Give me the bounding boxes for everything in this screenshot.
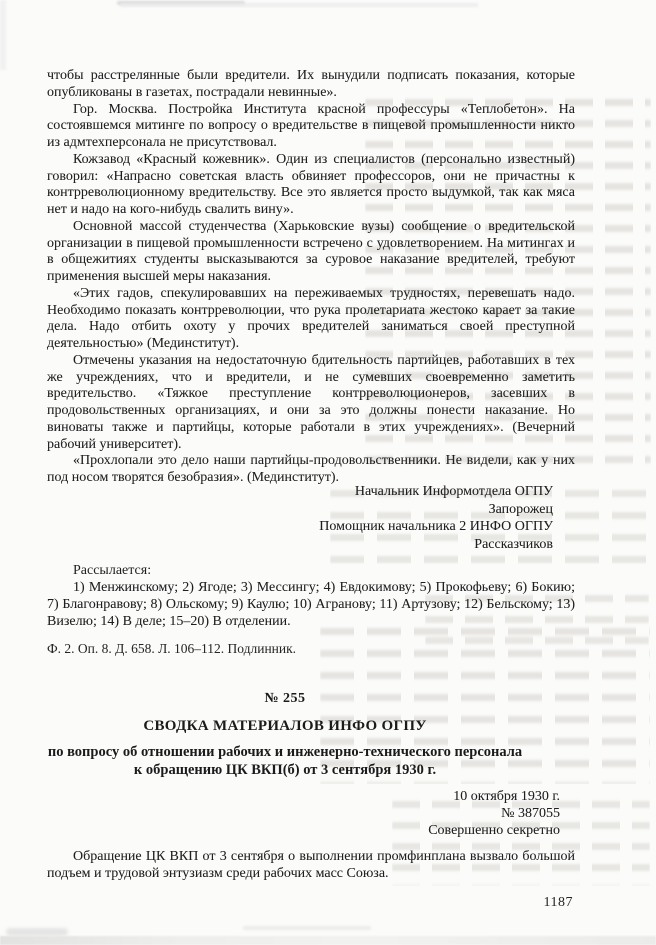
document-ref-number: № 387055 (47, 805, 560, 822)
paragraph: чтобы расстрелянные были вредители. Их в… (47, 68, 575, 102)
scan-band-bottom (0, 936, 656, 945)
signature-title: Помощник начальника 2 ИНФО ОГПУ (47, 518, 553, 536)
document-number: № 255 (47, 691, 523, 707)
document-title-line-1: СВОДКА МАТЕРИАЛОВ ИНФО ОГПУ (47, 718, 523, 735)
paragraph: «Этих гадов, спекулировавших на пережива… (47, 286, 575, 353)
next-document-header: № 255 СВОДКА МАТЕРИАЛОВ ИНФО ОГПУ по воп… (47, 691, 575, 779)
document-meta-block: 10 октября 1930 г. № 387055 Совершенно с… (47, 788, 575, 840)
opening-paragraph: Обращение ЦК ВКП от 3 сентября о выполне… (47, 849, 575, 883)
paragraph: «Прохлопали это дело наши партийцы-продо… (47, 453, 575, 487)
scan-blob-bottom-left (6, 928, 68, 936)
archive-reference: Ф. 2. Оп. 8. Д. 658. Л. 106–112. Подлинн… (47, 641, 575, 657)
continuation-paragraphs: чтобы расстрелянные были вредители. Их в… (47, 68, 575, 487)
page-number: 1187 (47, 895, 573, 911)
document-title-line-3: к обращению ЦК ВКП(б) от 3 сентября 1930… (47, 761, 523, 779)
paragraph: Отмечены указания на недостаточную бдите… (47, 353, 575, 454)
signature-block: Начальник Информотдела ОГПУЗапорожецПомо… (47, 483, 575, 553)
scan-streak-bottom (243, 926, 371, 930)
classification-stamp: Совершенно секретно (47, 822, 560, 839)
archive-reference-section: Ф. 2. Оп. 8. Д. 658. Л. 106–112. Подлинн… (47, 641, 575, 657)
document-date: 10 октября 1930 г. (47, 788, 560, 805)
next-document-header-inner: № 255 СВОДКА МАТЕРИАЛОВ ИНФО ОГПУ по воп… (47, 691, 523, 779)
paragraph: Кожзавод «Красный кожевник». Один из спе… (47, 152, 575, 219)
scan-edge-shadow (0, 0, 6, 70)
scanned-book-page: чтобы расстрелянные были вредители. Их в… (0, 0, 656, 945)
paragraph: Основной массой студенчества (Харьковски… (47, 219, 575, 286)
paragraph: Гор. Москва. Постройка Института красной… (47, 102, 575, 152)
signature-title: Начальник Информотдела ОГПУ (47, 483, 553, 501)
signature-name: Рассказчиков (47, 536, 553, 554)
distribution-label: Рассылается: (47, 562, 575, 579)
signature-name: Запорожец (47, 501, 553, 519)
distribution-section: Рассылается: 1) Менжинскому; 2) Ягоде; 3… (47, 562, 575, 630)
document-title-line-2: по вопросу об отношении рабочих и инжене… (47, 743, 523, 761)
page-number-section: 1187 (47, 895, 575, 911)
distribution-list: 1) Менжинскому; 2) Ягоде; 3) Мессингу; 4… (47, 579, 575, 630)
scan-streak-top-faint (120, 3, 478, 7)
opening-paragraph-section: Обращение ЦК ВКП от 3 сентября о выполне… (47, 849, 575, 883)
